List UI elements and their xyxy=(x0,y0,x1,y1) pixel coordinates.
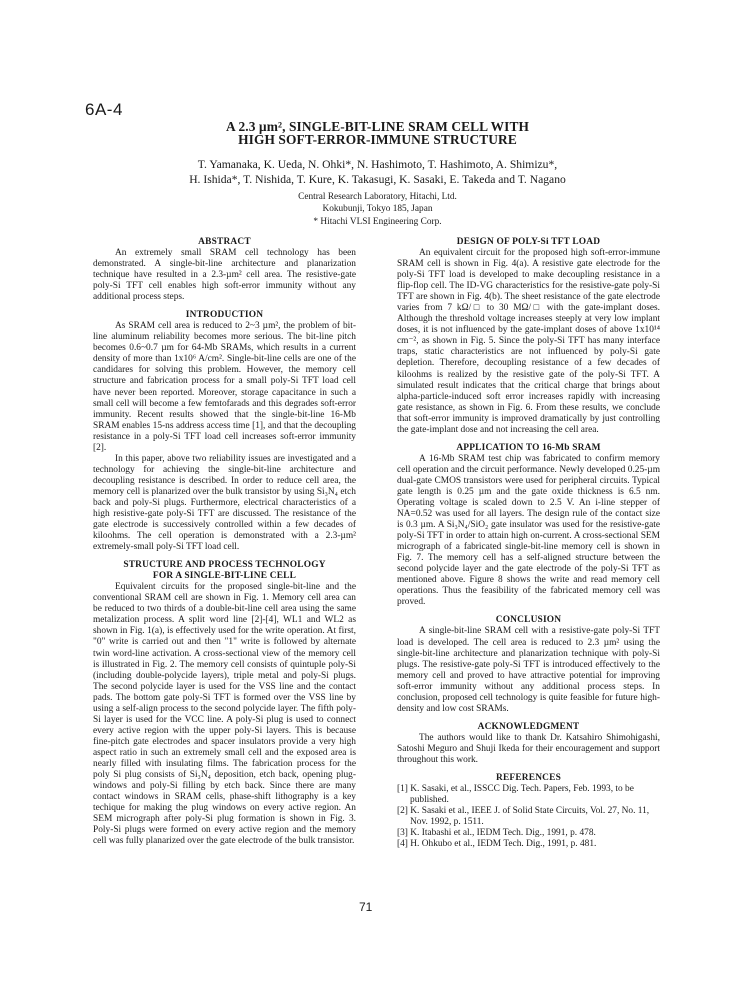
introduction-heading: INTRODUCTION xyxy=(93,310,356,321)
structure-heading-line-2: FOR A SINGLE-BIT-LINE CELL xyxy=(153,571,296,581)
application-paragraph-1: A 16-Mb SRAM test chip was fabricated to… xyxy=(397,454,660,609)
abstract-heading: ABSTRACT xyxy=(93,237,356,248)
structure-paragraph-1: Equivalent circuits for the proposed sin… xyxy=(93,582,356,847)
conclusion-heading: CONCLUSION xyxy=(397,615,660,626)
page-number: 71 xyxy=(359,900,372,914)
session-label: 6A-4 xyxy=(85,100,123,120)
affiliation-line-1: Central Research Laboratory, Hitachi, Lt… xyxy=(0,192,755,204)
title-line-2: HIGH SOFT-ERROR-IMMUNE STRUCTURE xyxy=(0,133,755,146)
affiliation: Central Research Laboratory, Hitachi, Lt… xyxy=(0,192,755,229)
reference-item-1: [1] K. Sasaki, et al., ISSCC Dig. Tech. … xyxy=(397,784,660,806)
abstract-paragraph: An extremely small SRAM cell technology … xyxy=(93,248,356,303)
authors-line-1: T. Yamanaka, K. Ueda, N. Ohki*, N. Hashi… xyxy=(0,157,755,172)
introduction-paragraph-2: In this paper, above two reliability iss… xyxy=(93,454,356,553)
design-paragraph-1: An equivalent circuit for the proposed h… xyxy=(397,248,660,436)
author-list: T. Yamanaka, K. Ueda, N. Ohki*, N. Hashi… xyxy=(0,157,755,187)
structure-heading-line-1: STRUCTURE AND PROCESS TECHNOLOGY xyxy=(123,560,325,570)
affiliation-line-2: Kokubunji, Tokyo 185, Japan xyxy=(0,204,755,216)
acknowledgment-paragraph-1: The authors would like to thank Dr. Kats… xyxy=(397,733,660,766)
conclusion-paragraph-1: A single-bit-line SRAM cell with a resis… xyxy=(397,626,660,714)
reference-item-4: [4] H. Ohkubo et al., IEDM Tech. Dig., 1… xyxy=(397,839,660,850)
affiliation-line-3: * Hitachi VLSI Engineering Corp. xyxy=(0,217,755,229)
introduction-paragraph-1: As SRAM cell area is reduced to 2~3 µm²,… xyxy=(93,321,356,454)
paper-title: A 2.3 µm², SINGLE-BIT-LINE SRAM CELL WIT… xyxy=(0,120,755,146)
application-heading: APPLICATION TO 16-Mb SRAM xyxy=(397,443,660,454)
reference-item-2: [2] K. Sasaki et al., IEEE J. of Solid S… xyxy=(397,806,660,828)
authors-line-2: H. Ishida*, T. Nishida, T. Kure, K. Taka… xyxy=(0,172,755,187)
reference-item-3: [3] K. Itabashi et al., IEDM Tech. Dig.,… xyxy=(397,828,660,839)
design-heading: DESIGN OF POLY-Si TFT LOAD xyxy=(397,237,660,248)
reference-list: [1] K. Sasaki, et al., ISSCC Dig. Tech. … xyxy=(397,784,660,850)
references-heading: REFERENCES xyxy=(397,773,660,784)
structure-heading: STRUCTURE AND PROCESS TECHNOLOGY FOR A S… xyxy=(93,560,356,582)
right-column: DESIGN OF POLY-Si TFT LOAD An equivalent… xyxy=(397,236,660,850)
acknowledgment-heading: ACKNOWLEDGMENT xyxy=(397,722,660,733)
left-column: ABSTRACT An extremely small SRAM cell te… xyxy=(93,236,356,847)
